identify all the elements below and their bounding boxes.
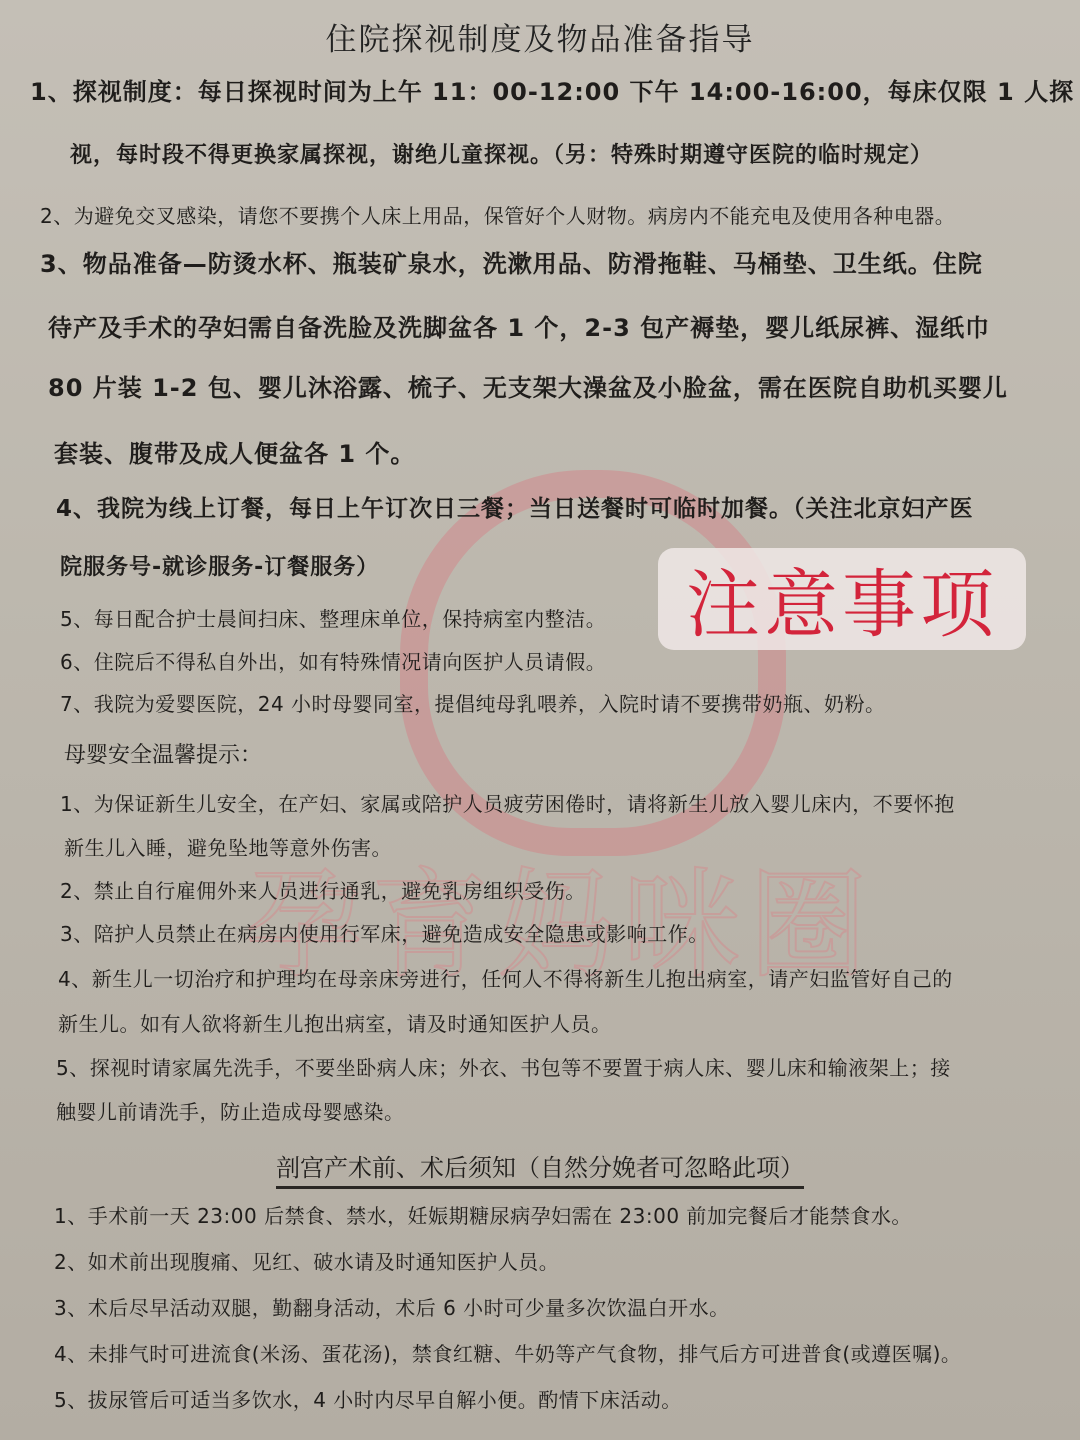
rule-7: 7、我院为爱婴医院，24 小时母婴同室，提倡纯母乳喂养，入院时请不要携带奶瓶、奶… xyxy=(60,688,886,717)
rule-4-line-2: 院服务号-就诊服务-订餐服务） xyxy=(60,550,379,581)
notice-badge: 注意事项 xyxy=(658,548,1026,650)
cesarean-heading: 剖宫产术前、术后须知（自然分娩者可忽略此项） xyxy=(0,1148,1080,1183)
safety-tip-5-line-2: 触婴儿前请洗手，防止造成母婴感染。 xyxy=(56,1096,405,1125)
notice-badge-label: 注意事项 xyxy=(686,546,998,652)
rule-2: 2、为避免交叉感染，请您不要携个人床上用品，保管好个人财物。病房内不能充电及使用… xyxy=(40,200,955,229)
cesarean-note-1: 1、手术前一天 23:00 后禁食、禁水，妊娠期糖尿病孕妇需在 23:00 前加… xyxy=(54,1200,912,1229)
safety-tip-4-line-2: 新生儿。如有人欲将新生儿抱出病室，请及时通知医护人员。 xyxy=(58,1008,612,1037)
safety-tip-1-line-2: 新生儿入睡，避免坠地等意外伤害。 xyxy=(64,832,392,861)
safety-tip-2: 2、禁止自行雇佣外来人员进行通乳，避免乳房组织受伤。 xyxy=(60,875,586,904)
cesarean-heading-text: 剖宫产术前、术后须知（自然分娩者可忽略此项） xyxy=(276,1154,804,1189)
cesarean-note-2: 2、如术前出现腹痛、见红、破水请及时通知医护人员。 xyxy=(54,1246,559,1275)
rule-3-line-4: 套装、腹带及成人便盆各 1 个。 xyxy=(54,434,415,469)
safety-tip-1-line-1: 1、为保证新生儿安全，在产妇、家属或陪护人员疲劳困倦时，请将新生儿放入婴儿床内，… xyxy=(60,788,955,817)
safety-tip-4-line-1: 4、新生儿一切治疗和护理均在母亲床旁进行，任何人不得将新生儿抱出病室，请产妇监管… xyxy=(58,963,953,992)
rule-4-line-1: 4、我院为线上订餐，每日上午订次日三餐；当日送餐时可临时加餐。（关注北京妇产医 xyxy=(56,490,974,523)
cesarean-note-4: 4、未排气时可进流食(米汤、蛋花汤)，禁食红糖、牛奶等产气食物，排气后方可进普食… xyxy=(54,1338,961,1367)
rule-3-line-2: 待产及手术的孕妇需自备洗脸及洗脚盆各 1 个，2-3 包产褥垫，婴儿纸尿裤、湿纸… xyxy=(48,308,990,343)
safety-tip-5-line-1: 5、探视时请家属先洗手，不要坐卧病人床；外衣、书包等不要置于病人床、婴儿床和输液… xyxy=(56,1052,951,1081)
rule-1-line-2: 视，每时段不得更换家属探视，谢绝儿童探视。（另：特殊时期遵守医院的临时规定） xyxy=(70,138,933,169)
document-title: 住院探视制度及物品准备指导 xyxy=(0,14,1080,59)
rule-1-line-1: 1、探视制度：每日探视时间为上午 11：00-12:00 下午 14:00-16… xyxy=(30,72,1074,107)
rule-3-line-1: 3、物品准备—防烫水杯、瓶装矿泉水，洗漱用品、防滑拖鞋、马桶垫、卫生纸。住院 xyxy=(40,244,983,279)
cesarean-note-3: 3、术后尽早活动双腿，勤翻身活动，术后 6 小时可少量多次饮温白开水。 xyxy=(54,1292,730,1321)
cesarean-note-5: 5、拔尿管后可适当多饮水，4 小时内尽早自解小便。酌情下床活动。 xyxy=(54,1384,682,1413)
rule-6: 6、住院后不得私自外出，如有特殊情况请向医护人员请假。 xyxy=(60,646,606,675)
safety-tips-heading: 母婴安全温馨提示： xyxy=(64,738,262,769)
rule-5: 5、每日配合护士晨间扫床、整理床单位，保持病室内整洁。 xyxy=(60,603,606,632)
safety-tip-3: 3、陪护人员禁止在病房内使用行军床，避免造成安全隐患或影响工作。 xyxy=(60,918,709,947)
rule-3-line-3: 80 片装 1-2 包、婴儿沐浴露、梳子、无支架大澡盆及小脸盆，需在医院自助机买… xyxy=(48,368,1008,403)
document-photo: 孕育妈咪圈 住院探视制度及物品准备指导 1、探视制度：每日探视时间为上午 11：… xyxy=(0,0,1080,1440)
